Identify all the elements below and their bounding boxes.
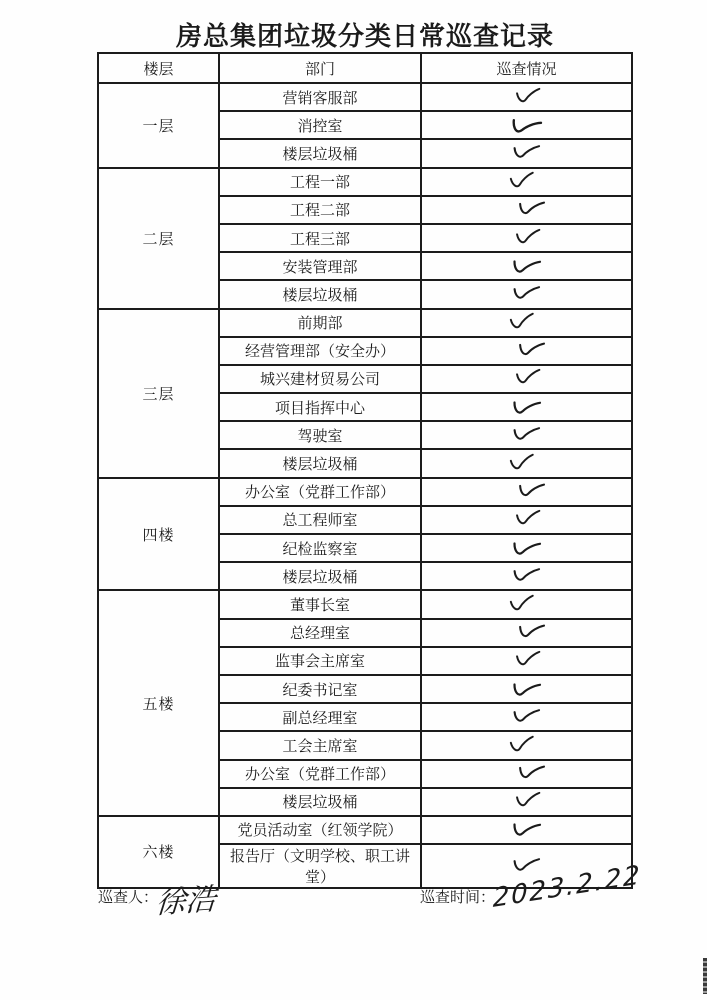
floor-cell: 五楼 bbox=[98, 590, 219, 816]
inspection-table: 楼层 部门 巡查情况 一层营销客服部消控室楼层垃圾桶二层工程一部工程二部工程三部… bbox=[97, 52, 633, 889]
department-cell: 纪委书记室 bbox=[219, 675, 421, 703]
checkmark-icon bbox=[506, 734, 538, 758]
department-cell: 办公室（党群工作部） bbox=[219, 760, 421, 788]
inspection-status-cell bbox=[421, 534, 632, 562]
checkmark-icon bbox=[513, 368, 544, 391]
checkmark-icon bbox=[508, 536, 545, 562]
checkmark-icon bbox=[505, 112, 546, 139]
table-row: 一层营销客服部 bbox=[98, 83, 632, 111]
checkmark-icon bbox=[515, 480, 548, 505]
inspection-status-cell bbox=[421, 760, 632, 788]
checkmark-icon bbox=[515, 621, 548, 646]
inspection-status-cell bbox=[421, 168, 632, 196]
floor-cell: 四楼 bbox=[98, 478, 219, 591]
department-cell: 董事长室 bbox=[219, 590, 421, 618]
department-cell: 总工程师室 bbox=[219, 506, 421, 534]
checkmark-icon bbox=[510, 565, 543, 588]
inspection-status-cell bbox=[421, 647, 632, 675]
inspection-status-cell bbox=[421, 111, 632, 139]
checkmark-icon bbox=[506, 452, 538, 476]
inspection-status-cell bbox=[421, 309, 632, 337]
inspection-status-cell bbox=[421, 816, 632, 844]
table-row: 六楼党员活动室（红领学院） bbox=[98, 816, 632, 844]
inspection-time-label: 巡查时间： bbox=[420, 886, 495, 907]
department-cell: 党员活动室（红领学院） bbox=[219, 816, 421, 844]
floor-cell: 三层 bbox=[98, 309, 219, 478]
checkmark-icon bbox=[513, 649, 544, 672]
table-row: 三层前期部 bbox=[98, 309, 632, 337]
checkmark-icon bbox=[510, 142, 543, 165]
inspection-status-cell bbox=[421, 196, 632, 224]
department-cell: 营销客服部 bbox=[219, 83, 421, 111]
inspector-label: 巡查人： bbox=[98, 886, 158, 907]
inspection-status-cell bbox=[421, 449, 632, 477]
inspector-signature: 徐浩 bbox=[155, 874, 218, 923]
inspection-status-cell bbox=[421, 393, 632, 421]
inspection-status-cell bbox=[421, 506, 632, 534]
floor-cell: 二层 bbox=[98, 168, 219, 309]
inspection-status-cell bbox=[421, 562, 632, 590]
header-row: 楼层 部门 巡查情况 bbox=[98, 53, 632, 83]
inspection-status-cell bbox=[421, 365, 632, 393]
table-row: 四楼办公室（党群工作部） bbox=[98, 478, 632, 506]
checkmark-icon bbox=[506, 311, 538, 335]
inspection-status-cell bbox=[421, 703, 632, 731]
department-cell: 安装管理部 bbox=[219, 252, 421, 280]
inspection-status-cell bbox=[421, 619, 632, 647]
checkmark-icon bbox=[506, 170, 538, 194]
checkmark-icon bbox=[510, 855, 543, 878]
footer: 巡查人： 徐浩 巡查时间： 2023.2.22 bbox=[98, 878, 658, 948]
table-row: 五楼董事长室 bbox=[98, 590, 632, 618]
checkmark-icon bbox=[508, 395, 545, 421]
checkmark-icon bbox=[508, 254, 545, 280]
checkmark-icon bbox=[510, 424, 543, 447]
inspection-status-cell bbox=[421, 139, 632, 167]
inspection-table-body: 一层营销客服部消控室楼层垃圾桶二层工程一部工程二部工程三部安装管理部楼层垃圾桶三… bbox=[98, 83, 632, 888]
column-header-department: 部门 bbox=[219, 53, 421, 83]
column-header-floor: 楼层 bbox=[98, 53, 219, 83]
department-cell: 工会主席室 bbox=[219, 731, 421, 759]
checkmark-icon bbox=[513, 790, 544, 813]
department-cell: 副总经理室 bbox=[219, 703, 421, 731]
inspection-status-cell bbox=[421, 252, 632, 280]
checkmark-icon bbox=[508, 818, 545, 844]
checkmark-icon bbox=[508, 677, 545, 703]
department-cell: 驾驶室 bbox=[219, 421, 421, 449]
inspection-status-cell bbox=[421, 280, 632, 308]
department-cell: 项目指挥中心 bbox=[219, 393, 421, 421]
inspection-status-cell bbox=[421, 83, 632, 111]
department-cell: 楼层垃圾桶 bbox=[219, 449, 421, 477]
inspection-status-cell bbox=[421, 337, 632, 365]
department-cell: 总经理室 bbox=[219, 619, 421, 647]
checkmark-icon bbox=[510, 706, 543, 729]
department-cell: 工程二部 bbox=[219, 196, 421, 224]
column-header-status: 巡查情况 bbox=[421, 53, 632, 83]
department-cell: 城兴建材贸易公司 bbox=[219, 365, 421, 393]
department-cell: 工程一部 bbox=[219, 168, 421, 196]
page-title: 房总集团垃圾分类日常巡查记录 bbox=[98, 16, 632, 53]
table-row: 二层工程一部 bbox=[98, 168, 632, 196]
department-cell: 工程三部 bbox=[219, 224, 421, 252]
department-cell: 办公室（党群工作部） bbox=[219, 478, 421, 506]
department-cell: 纪检监察室 bbox=[219, 534, 421, 562]
checkmark-icon bbox=[515, 198, 548, 223]
checkmark-icon bbox=[513, 509, 544, 532]
department-cell: 消控室 bbox=[219, 111, 421, 139]
department-cell: 前期部 bbox=[219, 309, 421, 337]
checkmark-icon bbox=[513, 227, 544, 250]
inspection-status-cell bbox=[421, 675, 632, 703]
checkmark-icon bbox=[515, 339, 548, 364]
floor-cell: 一层 bbox=[98, 83, 219, 168]
department-cell: 楼层垃圾桶 bbox=[219, 139, 421, 167]
checkmark-icon bbox=[510, 283, 543, 306]
checkmark-icon bbox=[506, 593, 538, 617]
inspection-status-cell bbox=[421, 788, 632, 816]
department-cell: 楼层垃圾桶 bbox=[219, 280, 421, 308]
checkmark-icon bbox=[515, 762, 548, 787]
department-cell: 经营管理部（安全办） bbox=[219, 337, 421, 365]
scan-edge-artifact bbox=[703, 958, 707, 994]
department-cell: 监事会主席室 bbox=[219, 647, 421, 675]
department-cell: 楼层垃圾桶 bbox=[219, 788, 421, 816]
checkmark-icon bbox=[513, 86, 544, 109]
department-cell: 楼层垃圾桶 bbox=[219, 562, 421, 590]
inspection-status-cell bbox=[421, 224, 632, 252]
inspection-status-cell bbox=[421, 590, 632, 618]
scanned-document-page: 房总集团垃圾分类日常巡查记录 楼层 部门 巡查情况 一层营销客服部消控室楼层垃圾… bbox=[0, 0, 707, 1000]
inspection-status-cell bbox=[421, 421, 632, 449]
inspection-status-cell bbox=[421, 731, 632, 759]
inspection-status-cell bbox=[421, 478, 632, 506]
